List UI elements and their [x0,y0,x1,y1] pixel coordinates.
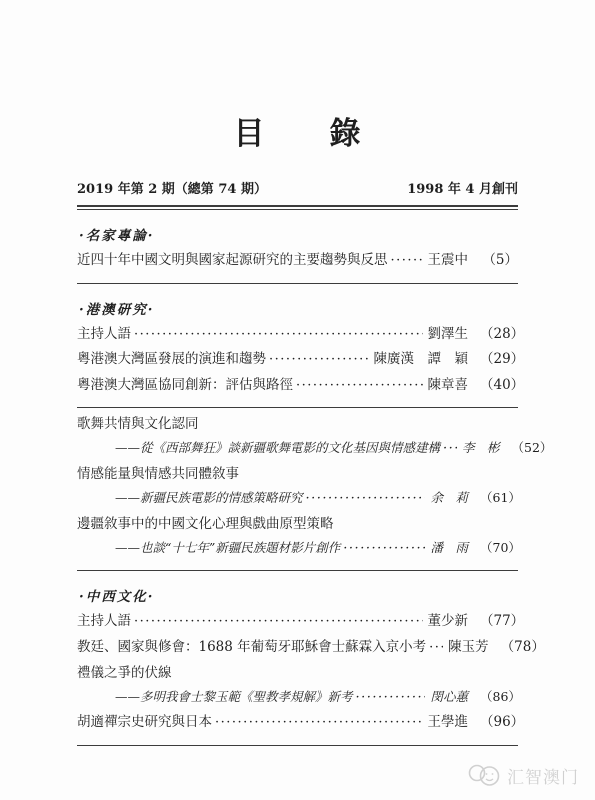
toc-section: ·名家專論·近四十年中國文明與國家起源研究的主要趨勢與反思王震中（5） [77,224,518,270]
entry-page: （5） [480,251,518,269]
entry-author: 陳章喜 [428,376,469,394]
entry-title: ——新疆民族電影的情感策略研究 [115,490,303,507]
toc-section: 歌舞共情與文化認同——從《西部舞狂》談新疆歌舞電影的文化基因與情感建構李 彬（5… [77,415,518,557]
toc-entry: ——新疆民族電影的情感策略研究余 莉（61） [77,490,518,508]
dots-leader [134,325,423,344]
section-heading: ·名家專論· [79,224,518,244]
dots-leader [391,251,423,270]
toc-entry: 粵港澳大灣區發展的演進和趨勢陳廣漢 譚 穎（29） [77,350,518,369]
entry-title: ——多明我會士黎玉範《聖教孝規解》新考 [115,689,353,706]
dots-leader [134,612,423,631]
toc-section: ·港澳研究·主持人語劉澤生（28）粵港澳大灣區發展的演進和趨勢陳廣漢 譚 穎（2… [77,298,518,395]
entry-page: （77） [480,612,518,630]
entry-title: 教廷、國家與修會：1688 年葡萄牙耶穌會士蘇霖入京小考 [77,638,426,656]
toc-entry: ——也談“十七年”新疆民族題材影片創作潘 雨（70） [77,540,518,558]
toc-entry: 教廷、國家與修會：1688 年葡萄牙耶穌會士蘇霖入京小考陳玉芳（78） [77,638,518,657]
toc-sections: ·名家專論·近四十年中國文明與國家起源研究的主要趨勢與反思王震中（5）·港澳研究… [77,224,518,746]
entry-page: （96） [480,713,518,731]
toc-entry: 歌舞共情與文化認同 [77,415,518,433]
entry-title: 邊疆敘事中的中國文化心理與戲曲原型策略 [77,515,334,533]
section-heading: ·港澳研究· [79,298,518,318]
dots-leader [429,638,443,657]
entry-page: （86） [480,689,518,706]
entry-title: ——也談“十七年”新疆民族題材影片創作 [115,540,340,557]
entry-title: ——從《西部舞狂》談新疆歌舞電影的文化基因與情感建構 [115,440,440,457]
header-divider [77,205,518,210]
entry-author: 劉澤生 [428,325,469,343]
entry-page: （61） [480,490,518,507]
entry-page: （28） [480,325,518,343]
entry-page: （78） [501,638,539,656]
founding-date: 1998 年 4 月創刊 [407,178,518,197]
toc-entry: ——多明我會士黎玉範《聖教孝規解》新考閔心蕙（86） [77,689,518,707]
watermark-text: 汇智澳门 [507,763,579,788]
watermark: 汇智澳门 [467,762,579,788]
entry-author: 閔心蕙 [430,689,468,706]
entry-title: 近四十年中國文明與國家起源研究的主要趨勢與反思 [77,251,388,269]
dots-leader [306,490,426,508]
toc-entry: 主持人語劉澤生（28） [77,325,518,344]
entry-author: 潘 雨 [430,540,468,557]
issue-line: 2019 年第 2 期（總第 74 期） 1998 年 4 月創刊 [77,178,518,197]
section-divider [77,570,518,571]
section-divider [77,407,518,408]
entry-author: 陳玉芳 [448,638,489,656]
wechat-logo-icon [467,762,501,788]
toc-entry: 近四十年中國文明與國家起源研究的主要趨勢與反思王震中（5） [77,251,518,270]
entry-author: 王震中 [428,251,469,269]
entry-page: （40） [480,376,518,394]
toc-content: 目 錄 2019 年第 2 期（總第 74 期） 1998 年 4 月創刊 ·名… [77,0,518,746]
entry-title: 歌舞共情與文化認同 [77,415,199,433]
entry-author: 董少新 [428,612,469,630]
section-divider [77,283,518,284]
toc-entry: ——從《西部舞狂》談新疆歌舞電影的文化基因與情感建構李 彬（52） [77,440,518,458]
toc-entry: 邊疆敘事中的中國文化心理與戲曲原型策略 [77,515,518,533]
entry-title: 禮儀之爭的伏線 [77,664,172,682]
toc-section: ·中西文化·主持人語董少新（77）教廷、國家與修會：1688 年葡萄牙耶穌會士蘇… [77,585,518,731]
entry-author: 陳廣漢 譚 穎 [374,350,469,368]
section-divider [77,745,518,746]
issue-number: 2019 年第 2 期（總第 74 期） [77,178,267,197]
page-title: 目 錄 [77,108,518,153]
entry-page: （29） [480,350,518,368]
toc-page: 目 錄 2019 年第 2 期（總第 74 期） 1998 年 4 月創刊 ·名… [0,0,595,800]
entry-title: 主持人語 [77,325,131,343]
toc-entry: 情感能量與情感共同體敘事 [77,465,518,483]
dots-leader [356,689,426,707]
dots-leader [269,350,369,369]
dots-leader [443,440,457,458]
section-heading: ·中西文化· [79,585,518,605]
toc-entry: 主持人語董少新（77） [77,612,518,631]
entry-title: 胡適禪宗史研究與日本 [77,713,212,731]
entry-title: 粵港澳大灣區發展的演進和趨勢 [77,350,266,368]
dots-leader [296,376,423,395]
toc-entry: 胡適禪宗史研究與日本王學進（96） [77,713,518,732]
dots-leader [215,713,423,732]
entry-title: 情感能量與情感共同體敘事 [77,465,239,483]
toc-entry: 粵港澳大灣區協同創新：評估與路徑陳章喜（40） [77,376,518,395]
entry-author: 余 莉 [430,490,468,507]
entry-page: （70） [480,540,518,557]
entry-page: （52） [512,440,550,457]
entry-author: 王學進 [428,713,469,731]
dots-leader [343,540,425,558]
entry-title: 粵港澳大灣區協同創新：評估與路徑 [77,376,293,394]
toc-entry: 禮儀之爭的伏線 [77,664,518,682]
entry-title: 主持人語 [77,612,131,630]
entry-author: 李 彬 [462,440,500,457]
